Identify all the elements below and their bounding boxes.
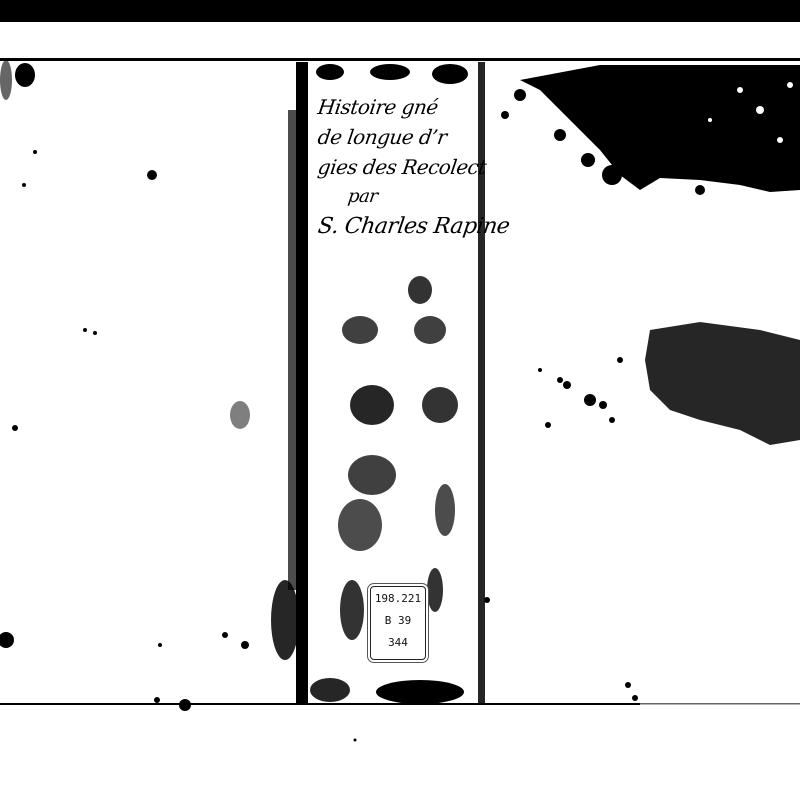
spine-title-line-1: Histoire gné (316, 92, 490, 122)
spine-title: Histoire gné de longue d’r gies des Reco… (318, 92, 488, 242)
spine-author: S. Charles Rapine (316, 212, 490, 242)
spine-left-hinge (296, 62, 308, 704)
spine-title-line-2: de longue d’r (316, 122, 490, 152)
shelf-mark-line-1: 198.221 (371, 589, 425, 609)
spine-title-line-3: gies des Recolect (316, 152, 490, 182)
shelf-mark-line-2: B 39 (371, 611, 425, 631)
scan-top-border-wave (0, 0, 800, 30)
spine-title-line-4: par (316, 182, 490, 212)
shelf-mark-label: 198.221 B 39 344 (370, 586, 426, 660)
cover-top-edge (0, 58, 800, 61)
shelf-mark-line-3: 344 (371, 633, 425, 653)
